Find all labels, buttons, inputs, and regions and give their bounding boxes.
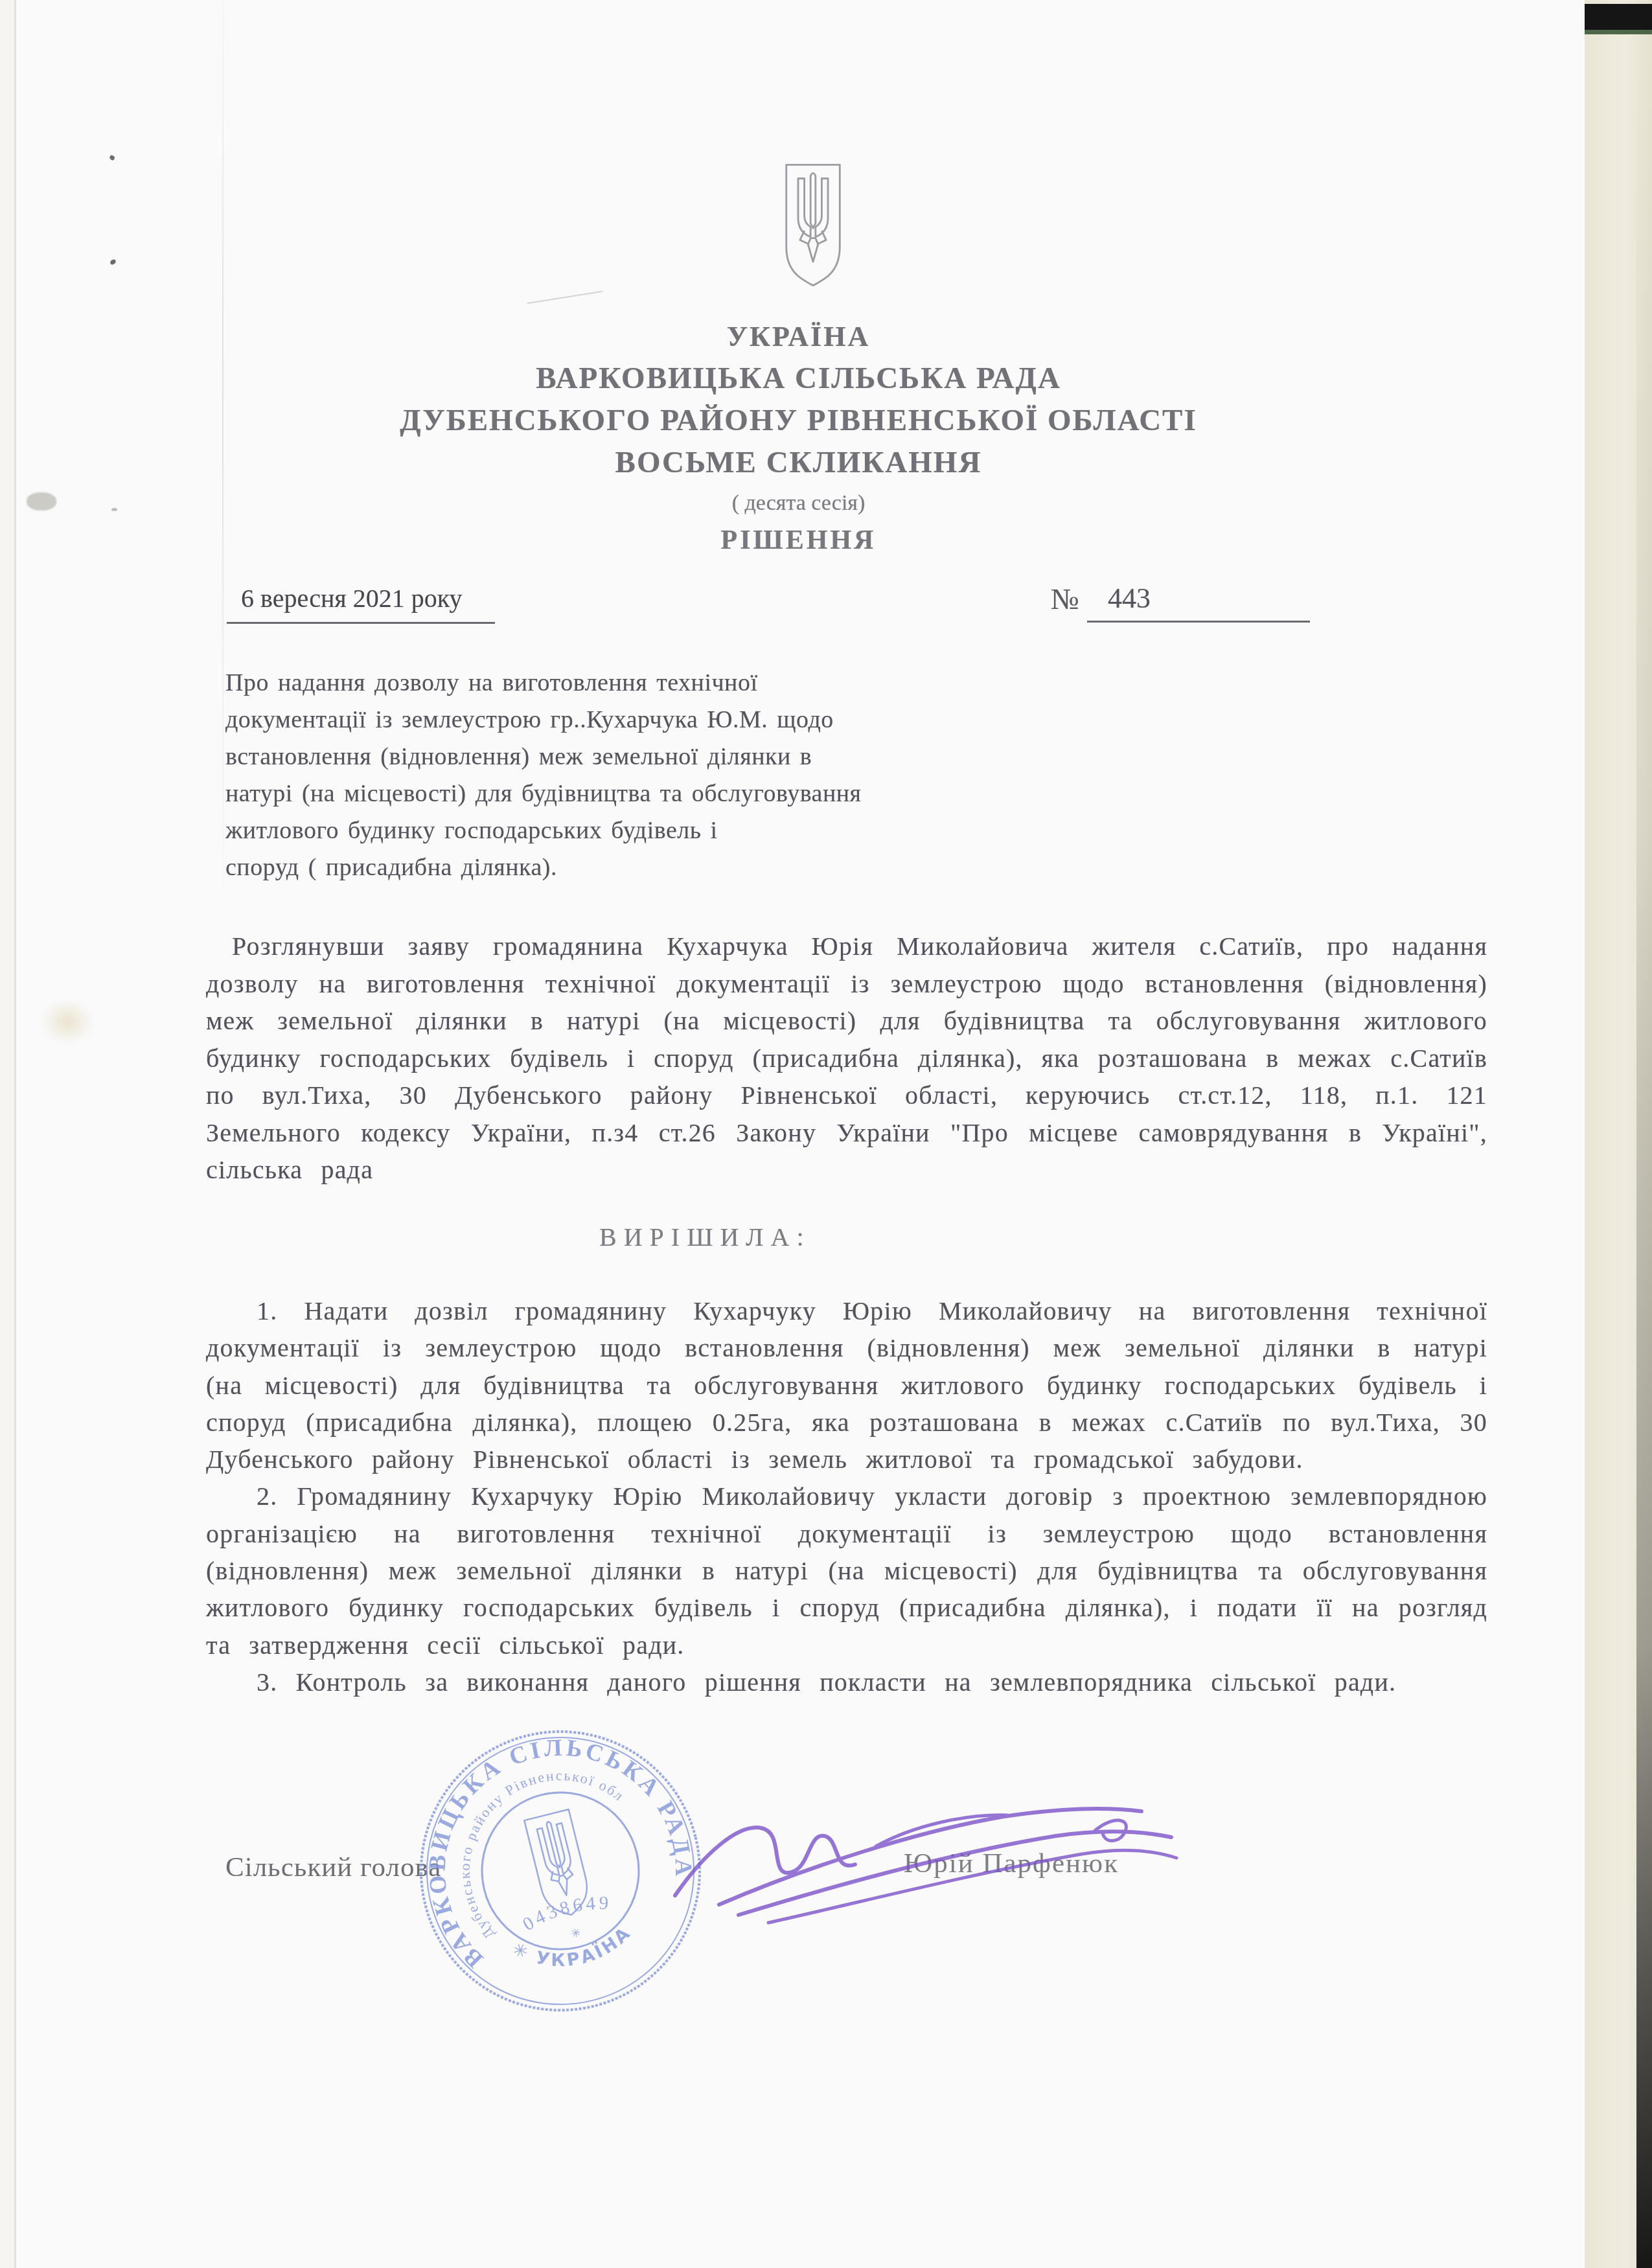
resolution-item: 3. Контроль за виконання даного рішення … xyxy=(206,1664,1487,1701)
ink-speck xyxy=(109,155,115,161)
subject-line: натурі (на місцевості) для будівництва т… xyxy=(225,775,873,812)
document-type: РІШЕННЯ xyxy=(14,523,1583,558)
country-name: УКРАЇНА xyxy=(14,316,1583,358)
subject-line: документації із землеустрою гр..Кухарчук… xyxy=(225,702,873,739)
decision-number: 443 xyxy=(1087,582,1310,623)
stamp-center-star: ✳ xyxy=(569,1926,582,1942)
paper-stain xyxy=(40,998,95,1046)
number-sign: № xyxy=(1051,582,1079,616)
document-header: УКРАЇНА ВАРКОВИЦЬКА СІЛЬСЬКА РАДА ДУБЕНС… xyxy=(14,316,1583,558)
ink-speck xyxy=(109,259,117,265)
resolution-items: 1. Надати дозвіл громадянину Кухарчуку Ю… xyxy=(206,1292,1487,1701)
scanner-black-mark xyxy=(1584,4,1652,30)
resolution-item: 1. Надати дозвіл громадянину Кухарчуку Ю… xyxy=(206,1292,1487,1478)
handwritten-signature xyxy=(641,1769,1211,1937)
scan-scratch xyxy=(527,291,603,304)
resolution-item: 2. Громадянину Кухарчуку Юрію Миколайови… xyxy=(206,1478,1487,1663)
scanner-green-line xyxy=(1584,30,1652,34)
preamble-paragraph: Розглянувши заяву громадянина Кухарчука … xyxy=(206,928,1487,1189)
subject-line: житлового будинку господарських будівель… xyxy=(225,812,873,849)
scan-edge-shadow xyxy=(1636,39,1652,2268)
resolution-heading: ВИРІШИЛА: xyxy=(599,1222,811,1252)
decision-date: 6 вересня 2021 року xyxy=(227,583,495,624)
subject-block: Про надання дозволу на виготовлення техн… xyxy=(225,665,873,886)
subject-line: встановлення (відновлення) меж земельної… xyxy=(225,739,873,775)
district-name: ДУБЕНСЬКОГО РАЙОНУ РІВНЕНСЬКОЇ ОБЛАСТІ xyxy=(14,400,1583,442)
convocation-line: ВОСЬМЕ СКЛИКАННЯ xyxy=(14,442,1583,484)
subject-line: споруд ( присадибна ділянка). xyxy=(225,849,873,886)
ukraine-trident-emblem-icon xyxy=(782,159,844,291)
subject-line: Про надання дозволу на виготовлення техн… xyxy=(225,665,873,702)
council-name: ВАРКОВИЦЬКА СІЛЬСЬКА РАДА xyxy=(14,358,1583,400)
session-line: ( десята сесія) xyxy=(14,484,1583,523)
